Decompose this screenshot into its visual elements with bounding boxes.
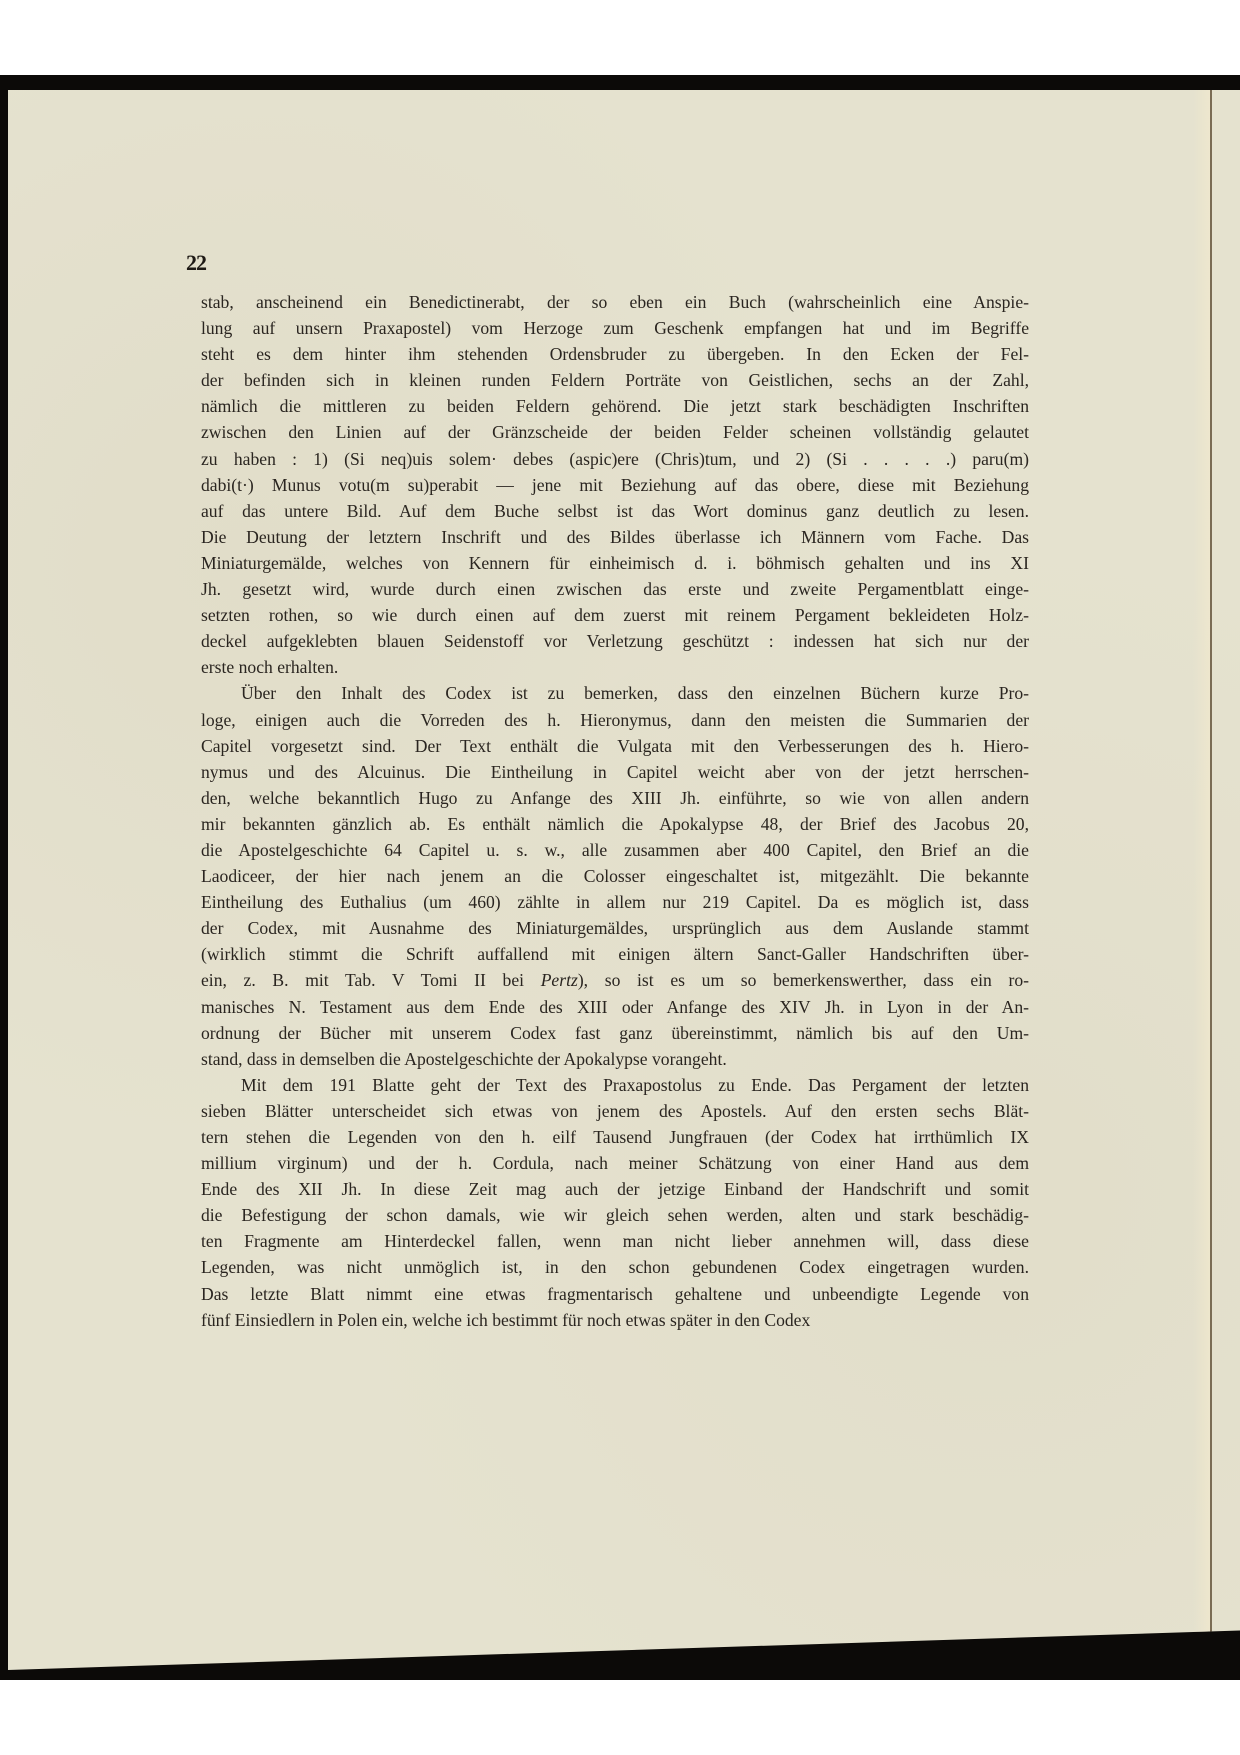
text-line: mir bekannten gänzlich ab. Es enthält nä…: [201, 811, 1029, 837]
text-line: zwischen den Linien auf der Gränzscheide…: [201, 419, 1029, 445]
text-line: nämlich die mittleren zu beiden Feldern …: [201, 393, 1029, 419]
text-line: millium virginum) und der h. Cordula, na…: [201, 1150, 1029, 1176]
page-fold-shade: [1193, 90, 1210, 1670]
text-line: Jh. gesetzt wird, wurde durch einen zwis…: [201, 576, 1029, 602]
text-line: erste noch erhalten.: [201, 654, 1029, 680]
text-line: lung auf unsern Praxapostel) vom Herzoge…: [201, 315, 1029, 341]
text-line: der Codex, mit Ausnahme des Miniaturgemä…: [201, 915, 1029, 941]
text-line: Laodiceer, der hier nach jenem an die Co…: [201, 863, 1029, 889]
text-line: nymus und des Alcuinus. Die Eintheilung …: [201, 759, 1029, 785]
text-line: ordnung der Bücher mit unserem Codex fas…: [201, 1020, 1029, 1046]
text-line: den, welche bekanntlich Hugo zu Anfange …: [201, 785, 1029, 811]
text-line: auf das untere Bild. Auf dem Buche selbs…: [201, 498, 1029, 524]
text-line: Miniaturgemälde, welches von Kennern für…: [201, 550, 1029, 576]
text-line: der befinden sich in kleinen runden Feld…: [201, 367, 1029, 393]
text-line: Eintheilung des Euthalius (um 460) zählt…: [201, 889, 1029, 915]
text-line: Capitel vorgesetzt sind. Der Text enthäl…: [201, 733, 1029, 759]
text-line: die Apostelgeschichte 64 Capitel u. s. w…: [201, 837, 1029, 863]
text-line: Das letzte Blatt nimmt eine etwas fragme…: [201, 1281, 1029, 1307]
text-line: tern stehen die Legenden von den h. eilf…: [201, 1124, 1029, 1150]
text-line: steht es dem hinter ihm stehenden Ordens…: [201, 341, 1029, 367]
page-fold-line: [1210, 90, 1212, 1670]
text-line: deckel aufgeklebten blauen Seidenstoff v…: [201, 628, 1029, 654]
text-line: Mit dem 191 Blatte geht der Text des Pra…: [201, 1072, 1029, 1098]
text-line: setzten rothen, so wie durch einen auf d…: [201, 602, 1029, 628]
text-line: dabi(t·) Munus votu(m su)perabit — jene …: [201, 472, 1029, 498]
text-line: stab, anscheinend ein Benedictinerabt, d…: [201, 289, 1029, 315]
text-line: sieben Blätter unterscheidet sich etwas …: [201, 1098, 1029, 1124]
text-line: ein, z. B. mit Tab. V Tomi II bei Pertz)…: [201, 967, 1029, 993]
text-line: Legenden, was nicht unmöglich ist, in de…: [201, 1254, 1029, 1280]
page-number: 22: [186, 250, 206, 276]
text-line: (wirklich stimmt die Schrift auffallend …: [201, 941, 1029, 967]
text-line: die Befestigung der schon damals, wie wi…: [201, 1202, 1029, 1228]
text-line: stand, dass in demselben die Apostelgesc…: [201, 1046, 1029, 1072]
text-line: Ende des XII Jh. In diese Zeit mag auch …: [201, 1176, 1029, 1202]
text-line: Über den Inhalt des Codex ist zu bemerke…: [201, 680, 1029, 706]
body-text: stab, anscheinend ein Benedictinerabt, d…: [201, 289, 1029, 1333]
text-line: Die Deutung der letztern Inschrift und d…: [201, 524, 1029, 550]
text-line: loge, einigen auch die Vorreden des h. H…: [201, 707, 1029, 733]
text-line: zu haben : 1) (Si neq)uis solem· debes (…: [201, 446, 1029, 472]
text-line: fünf Einsiedlern in Polen ein, welche ic…: [201, 1307, 1029, 1333]
text-line: ten Fragmente am Hinterdeckel fallen, we…: [201, 1228, 1029, 1254]
text-line: manisches N. Testament aus dem Ende des …: [201, 994, 1029, 1020]
